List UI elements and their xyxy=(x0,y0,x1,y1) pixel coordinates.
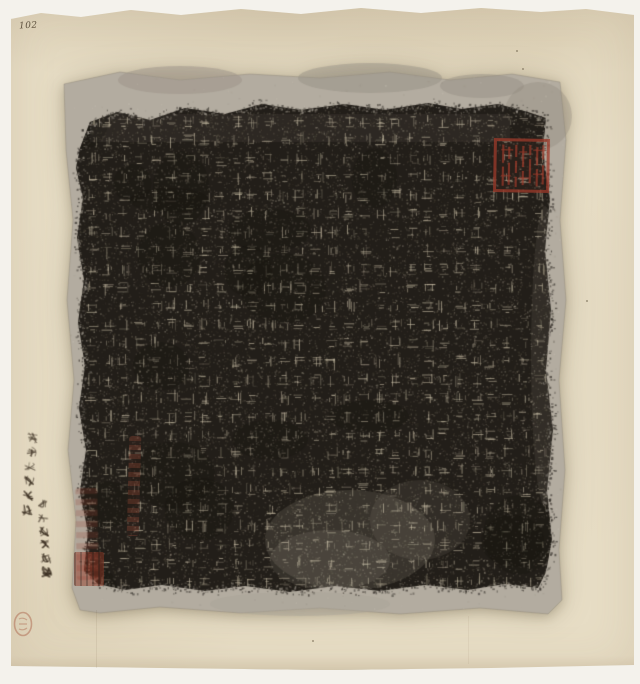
paper-speck xyxy=(312,640,314,642)
small-round-seal xyxy=(12,610,34,638)
round-seal-icon xyxy=(12,610,34,638)
paper-speck xyxy=(586,300,588,302)
paper-speck xyxy=(516,50,518,52)
paper-speck xyxy=(522,68,524,70)
seal-script-icon xyxy=(493,138,551,194)
seal-impression-corner-block xyxy=(74,552,104,586)
scanned-rubbing-page: 102 xyxy=(0,0,640,684)
catalog-number: 102 xyxy=(19,21,38,32)
paper-crease-2 xyxy=(468,616,469,664)
collector-seal-large xyxy=(493,138,551,194)
handwritten-annotation xyxy=(7,427,64,585)
paper-crease-1 xyxy=(96,610,97,668)
